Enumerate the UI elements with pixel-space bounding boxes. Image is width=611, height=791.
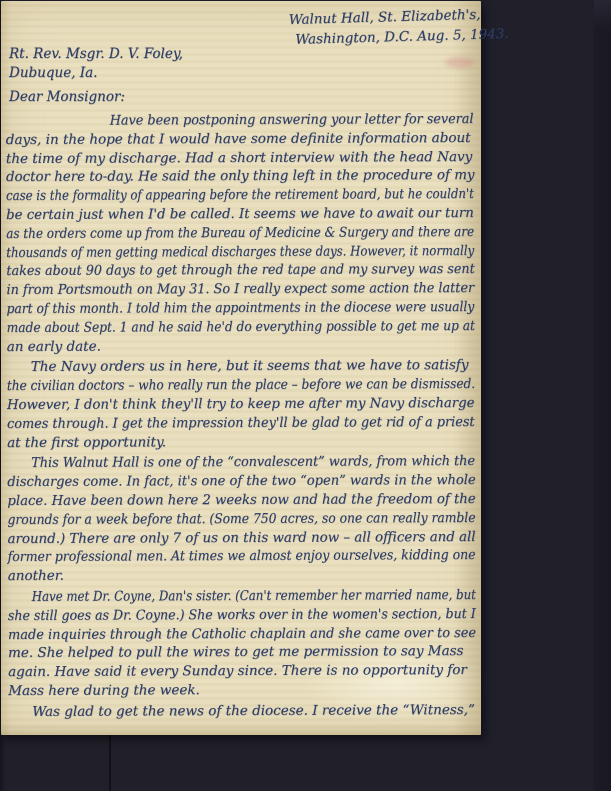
letter-line: doctor here to-day. He said the only thi… — [6, 166, 470, 187]
ink-smudge — [445, 57, 475, 68]
letter-line: made about Sept. 1 and he said he'd do e… — [7, 317, 431, 338]
letter-line: takes about 90 days to get through the r… — [6, 260, 448, 281]
letter-line: thousands of men getting medical dischar… — [6, 242, 412, 263]
letter-line: days, in the hope that I would have some… — [6, 129, 474, 150]
letter-line: in from Portsmouth on May 31. So I reall… — [6, 279, 450, 300]
letter-line: again. Have said it every Sunday since. … — [8, 661, 476, 682]
letter-line: Mass here during the week. — [8, 680, 476, 701]
address-line: Dubuque, Ia. — [9, 64, 183, 83]
letter-line: at the first opportunity. — [7, 432, 475, 453]
letter-line: However, I don't think they'll try to ke… — [7, 394, 467, 415]
letter-line: be certain just when I'd be called. It s… — [6, 204, 466, 225]
letter-line: former professional men. At times we alm… — [8, 546, 440, 567]
letter-line: The Navy orders us in here, but it seems… — [31, 356, 475, 377]
letter-line: another. — [8, 565, 476, 586]
letter-line: around.) There are only 7 of us on this … — [7, 528, 470, 549]
letter-line: discharges come. In fact, it's one of th… — [7, 471, 459, 492]
background-edge — [594, 0, 611, 791]
salutation: Dear Monsignor: — [9, 89, 125, 105]
letter-dateline: Walnut Hall, St. Elizabeth's, Washington… — [288, 4, 508, 50]
letter-line: case is the formality of appearing befor… — [6, 185, 412, 206]
letter-line: the time of my discharge. Had a short in… — [6, 148, 474, 169]
address-line: Rt. Rev. Msgr. D. V. Foley, — [9, 45, 183, 64]
photo-background: Walnut Hall, St. Elizabeth's, Washington… — [0, 0, 611, 791]
background-seam — [109, 732, 111, 791]
letter-line: as the orders come up from the Bureau of… — [6, 223, 421, 244]
letter-line: Was glad to get the news of the diocese.… — [32, 701, 476, 722]
letter-line: Have been postponing answering your lett… — [110, 110, 455, 130]
letter-paper: Walnut Hall, St. Elizabeth's, Washington… — [1, 1, 481, 735]
letter-line: place. Have been down here 2 weeks now a… — [7, 490, 465, 511]
letter-line: me. She helped to pull the wires to get … — [8, 642, 476, 663]
letter-line: part of this month. I told him the appoi… — [6, 298, 432, 319]
letter-line: made inquiries through the Catholic chap… — [8, 624, 456, 645]
letter-line: comes through. I get the impression they… — [7, 413, 452, 434]
letter-line: she still goes as Dr. Coyne.) She works … — [8, 605, 444, 626]
letter-line: Have met Dr. Coyne, Dan's sister. (Can't… — [32, 586, 419, 606]
recipient-address: Rt. Rev. Msgr. D. V. Foley, Dubuque, Ia. — [9, 45, 183, 83]
letter-line: the civilian doctors – who really run th… — [7, 375, 427, 396]
letter-line: grounds for a week before that. (Some 75… — [7, 509, 434, 530]
letter-line: an early date. — [7, 336, 475, 357]
letter-line: This Walnut Hall is one of the “convales… — [31, 452, 452, 473]
letter-body: Have been postponing answering your lett… — [6, 110, 477, 722]
